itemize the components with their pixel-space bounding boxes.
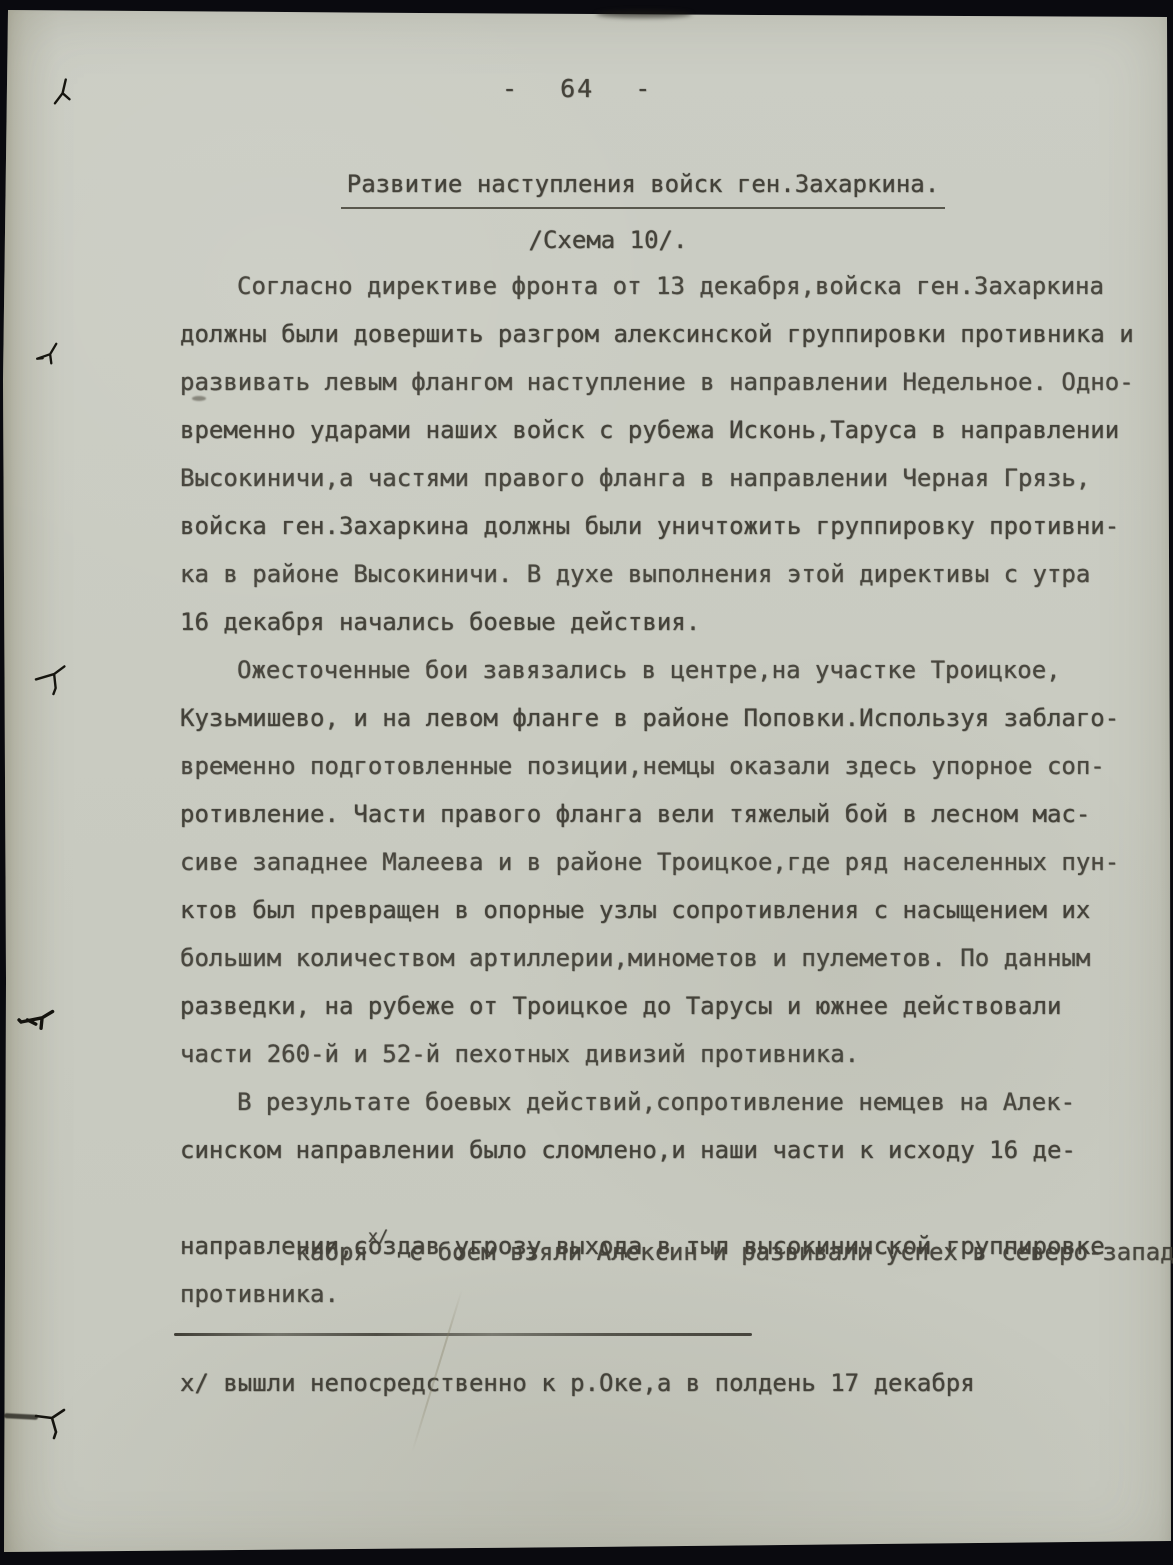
- document-title: Развитие наступления войск ген.Захаркина…: [341, 170, 945, 209]
- paragraph: Ожесточенные бои завязались в центре,на …: [180, 646, 1160, 1078]
- text-line: противника.: [180, 1270, 1160, 1318]
- text-line: сиве западнее Малеева и в районе Троицко…: [180, 838, 1160, 886]
- text-line: кабрях/ с боем взяли Алексин и развивали…: [180, 1174, 1160, 1222]
- paper-tear-mark: [29, 335, 71, 377]
- paper-tear-mark: [17, 999, 63, 1045]
- heading-block: Развитие наступления войск ген.Захаркина…: [168, 170, 1118, 209]
- page-number: - 64 -: [502, 74, 652, 103]
- text-line: Кузьмишево, и на левом фланге в районе П…: [180, 694, 1160, 742]
- text-line: Согласно директиве фронта от 13 декабря,…: [180, 262, 1160, 310]
- text-line: ротивление. Части правого фланга вели тя…: [180, 790, 1160, 838]
- paragraph: Согласно директиве фронта от 13 декабря,…: [180, 262, 1160, 646]
- text-line: части 260-й и 52-й пехотных дивизий прот…: [180, 1030, 1160, 1078]
- text-line: должны были довершить разгром алексинско…: [180, 310, 1160, 358]
- document-body: Согласно директиве фронта от 13 декабря,…: [180, 262, 1160, 1318]
- paper-tear-mark: [32, 1398, 76, 1442]
- text-line: разведки, на рубеже от Троицкое до Тарус…: [180, 982, 1160, 1030]
- text-line: Ожесточенные бои завязались в центре,на …: [180, 646, 1160, 694]
- edge-blot-mark: [596, 10, 692, 18]
- footnote-marker-superscript: х/: [368, 1227, 388, 1247]
- text-line: большим количеством артиллерии,минометов…: [180, 934, 1160, 982]
- paragraph: В результате боевых действий,сопротивлен…: [180, 1078, 1160, 1318]
- text-line: ктов был превращен в опорные узлы сопрот…: [180, 886, 1160, 934]
- text-line: Высокиничи,а частями правого фланга в на…: [180, 454, 1160, 502]
- paper-tear-mark: [39, 71, 89, 121]
- footnote-separator-line: [174, 1333, 752, 1336]
- text-line: 16 декабря начались боевые действия.: [180, 598, 1160, 646]
- text-line: временно подготовленные позиции,немцы ок…: [180, 742, 1160, 790]
- text-line: войска ген.Захаркина должны были уничтож…: [180, 502, 1160, 550]
- schema-subtitle: /Схема 10/.: [168, 226, 1048, 254]
- footnote: х/ вышли непосредственно к р.Оке,а в пол…: [180, 1368, 975, 1398]
- text-line: развивать левым флангом наступление в на…: [180, 358, 1160, 406]
- scan-background: - 64 - Развитие наступления войск ген.За…: [0, 0, 1173, 1565]
- paper-tear-mark: [29, 655, 75, 701]
- text-line: В результате боевых действий,сопротивлен…: [180, 1078, 1160, 1126]
- ink-smudge: [192, 396, 206, 401]
- text-line: временно ударами наших войск с рубежа Ис…: [180, 406, 1160, 454]
- text-line: ка в районе Высокиничи. В духе выполнени…: [180, 550, 1160, 598]
- text-segment: с боем взяли Алексин и развивали успех в…: [394, 1238, 1173, 1266]
- text-line: синском направлении было сломлено,и наши…: [180, 1126, 1160, 1174]
- text-segment: кабря: [296, 1238, 368, 1266]
